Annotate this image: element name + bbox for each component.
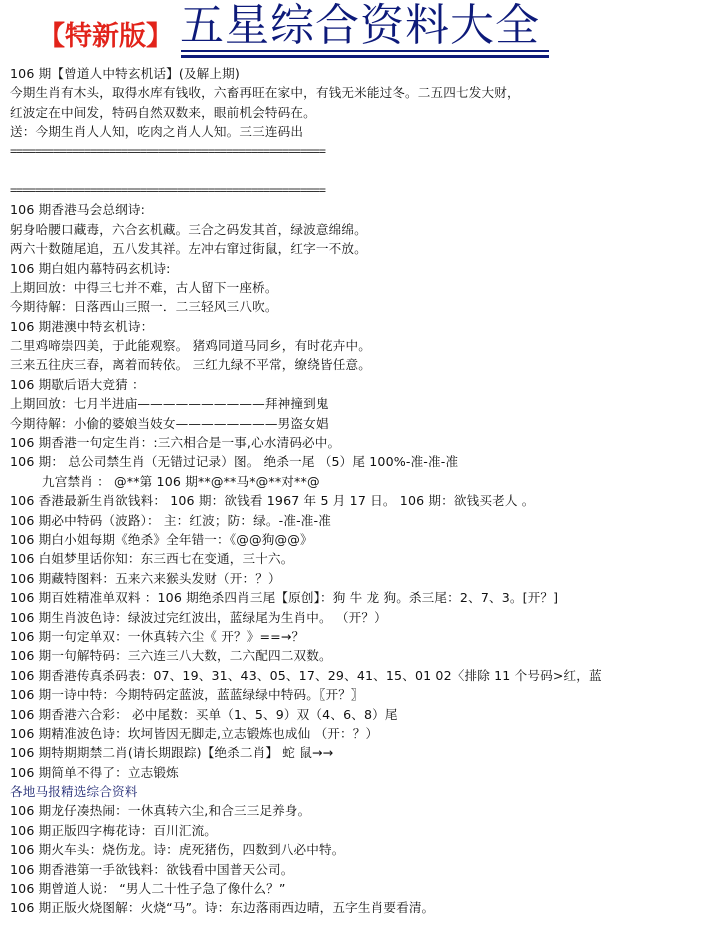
section-xiehouyu: 106 期歇后语大竞猜 ： 上期回放：七月半进庙——————————拜神撞到鬼 … xyxy=(10,375,710,433)
text-line: 106 期： 总公司禁生肖（无错过记录）图。 绝杀一尾 （5）尾 100%-准-… xyxy=(10,452,710,471)
text-line: 两六十数随尾追，五八发其祥。左冲右窜过街鼠，红字一不放。 xyxy=(10,239,710,258)
section-gangao-poem: 106 期港澳中特玄机诗： 二里鸡啼崇四美，于此能观察。 猪鸡同道马同乡，有时花… xyxy=(10,317,710,375)
separator: ========================================… xyxy=(10,142,710,161)
title-underline xyxy=(181,55,549,58)
section-regional: 各地马报精选综合资料 106 期龙仔凑热闹：一休真转六尘,和合三三足养身。 10… xyxy=(10,782,710,918)
text-line: 106 期生肖波色诗：绿波过完红波出，蓝绿尾为生肖中。 （开？） xyxy=(10,608,710,627)
text-line: 106 期正版火烧图解：火烧“马”。诗：东边落雨西边晴，五字生肖要看清。 xyxy=(10,898,710,917)
text-line: 106 期必中特码（波路）： 主：红波；防：绿。-准-准-准 xyxy=(10,511,710,530)
text-line: 106 期特期期禁二肖(请长期跟踪)【绝杀二肖】 蛇 鼠→→ xyxy=(10,743,710,762)
text-line: 106 香港最新生肖欲钱料： 106 期：欲钱看 1967 年 5 月 17 日… xyxy=(10,491,710,510)
text-line: 106 期正版四字梅花诗：百川汇流。 xyxy=(10,821,710,840)
section-heading: 106 期香港马会总纲诗: xyxy=(10,200,710,219)
text-line: 106 期一句解特码：三六连三八大数，二六配四二双数。 xyxy=(10,646,710,665)
spacer xyxy=(10,161,710,181)
text-line: 今期待解：日落西山三照一．二三轻风三八吹。 xyxy=(10,297,710,316)
document-body: 106 期【曾道人中特玄机话】(及解上期) 今期生肖有木头，取得水库有钱收，六畜… xyxy=(10,64,710,918)
text-line: 红波定在中间发，特码自然双数来，眼前机会特码在。 xyxy=(10,103,710,122)
section-heading: 106 期白姐内幕特码玄机诗: xyxy=(10,259,710,278)
text-line: 九宫禁肖 ： @**第 106 期**@**马*@**对**@ xyxy=(10,472,710,491)
text-line: 106 期一诗中特：今期特码定蓝波，蓝蓝绿绿中特码。〖开？〗 xyxy=(10,685,710,704)
text-line: 106 期百姓精准单双料 ：106 期绝杀四肖三尾【原创】：狗 牛 龙 狗。杀三… xyxy=(10,588,710,607)
text-line: 上期回放：中得三七并不难，古人留下一座桥。 xyxy=(10,278,710,297)
text-line: 106 期香港传真杀码表：07、19、31、43、05、17、29、41、15、… xyxy=(10,666,710,685)
section-heading: 各地马报精选综合资料 xyxy=(10,782,710,801)
separator: ========================================… xyxy=(10,181,710,200)
text-line: 今期待解：小偷的婆娘当妓女————————男盗女娼 xyxy=(10,414,710,433)
text-line: 106 期简单不得了：立志锻炼 xyxy=(10,763,710,782)
text-line: 106 白姐梦里话你知：东三西七在变通，三十六。 xyxy=(10,549,710,568)
text-line: 106 期香港一句定生肖：:三六相合是一事,心水清码必中。 xyxy=(10,433,710,452)
text-line: 106 期火车头：烧伤龙。诗：虎死猪伤，四数到八必中特。 xyxy=(10,840,710,859)
text-line: 106 期香港第一手欲钱料：欲钱看中国普天公司。 xyxy=(10,860,710,879)
section-heading: 106 期【曾道人中特玄机话】(及解上期) xyxy=(10,64,710,83)
text-line: 106 期精准波色诗：坎坷皆因无脚走,立志锻炼也成仙 （开：？） xyxy=(10,724,710,743)
page-header: 【特新版】 五星综合资料大全 xyxy=(0,0,713,62)
section-heading: 106 期歇后语大竞猜 ： xyxy=(10,375,710,394)
text-line: 106 期藏特图料：五来六来猴头发财（开：？） xyxy=(10,569,710,588)
text-line: 106 期白小姐每期《绝杀》全年错一：《@@狗@@》 xyxy=(10,530,710,549)
text-line: 三来五往庆三春，离着而转依。 三红九绿不平常，缭绕皆任意。 xyxy=(10,355,710,374)
text-line: 今期生肖有木头，取得水库有钱收，六畜再旺在家中，有钱无米能过冬。二五四七发大财， xyxy=(10,83,710,102)
title-underline xyxy=(181,50,549,52)
text-line: 106 期一句定单双：一休真转六尘《 开？》==→？ xyxy=(10,627,710,646)
text-line: 躬身哈腰口藏毒，六合玄机藏。三合之码发其首，绿波意绵绵。 xyxy=(10,220,710,239)
section-misc: 106 期香港一句定生肖：:三六相合是一事,心水清码必中。 106 期： 总公司… xyxy=(10,433,710,782)
section-zengdaoren: 106 期【曾道人中特玄机话】(及解上期) 今期生肖有木头，取得水库有钱收，六畜… xyxy=(10,64,710,142)
section-heading: 106 期港澳中特玄机诗： xyxy=(10,317,710,336)
text-line: 106 期曾道人说： “男人二十性子急了像什么？” xyxy=(10,879,710,898)
text-line: 上期回放：七月半进庙——————————拜神撞到鬼 xyxy=(10,394,710,413)
text-line: 二里鸡啼崇四美，于此能观察。 猪鸡同道马同乡，有时花卉中。 xyxy=(10,336,710,355)
section-baijie-poem: 106 期白姐内幕特码玄机诗: 上期回放：中得三七并不难，古人留下一座桥。 今期… xyxy=(10,259,710,317)
page-title: 五星综合资料大全 xyxy=(180,2,540,50)
text-line: 送：今期生肖人人知，吃肉之肖人人知。三三连码出 xyxy=(10,122,710,141)
edition-badge: 【特新版】 xyxy=(38,14,173,53)
text-line: 106 期香港六合彩： 必中尾数：买单（1、5、9）双（4、6、8）尾 xyxy=(10,705,710,724)
section-hk-jockey-poem: 106 期香港马会总纲诗: 躬身哈腰口藏毒，六合玄机藏。三合之码发其首，绿波意绵… xyxy=(10,200,710,258)
text-line: 106 期龙仔凑热闹：一休真转六尘,和合三三足养身。 xyxy=(10,801,710,820)
